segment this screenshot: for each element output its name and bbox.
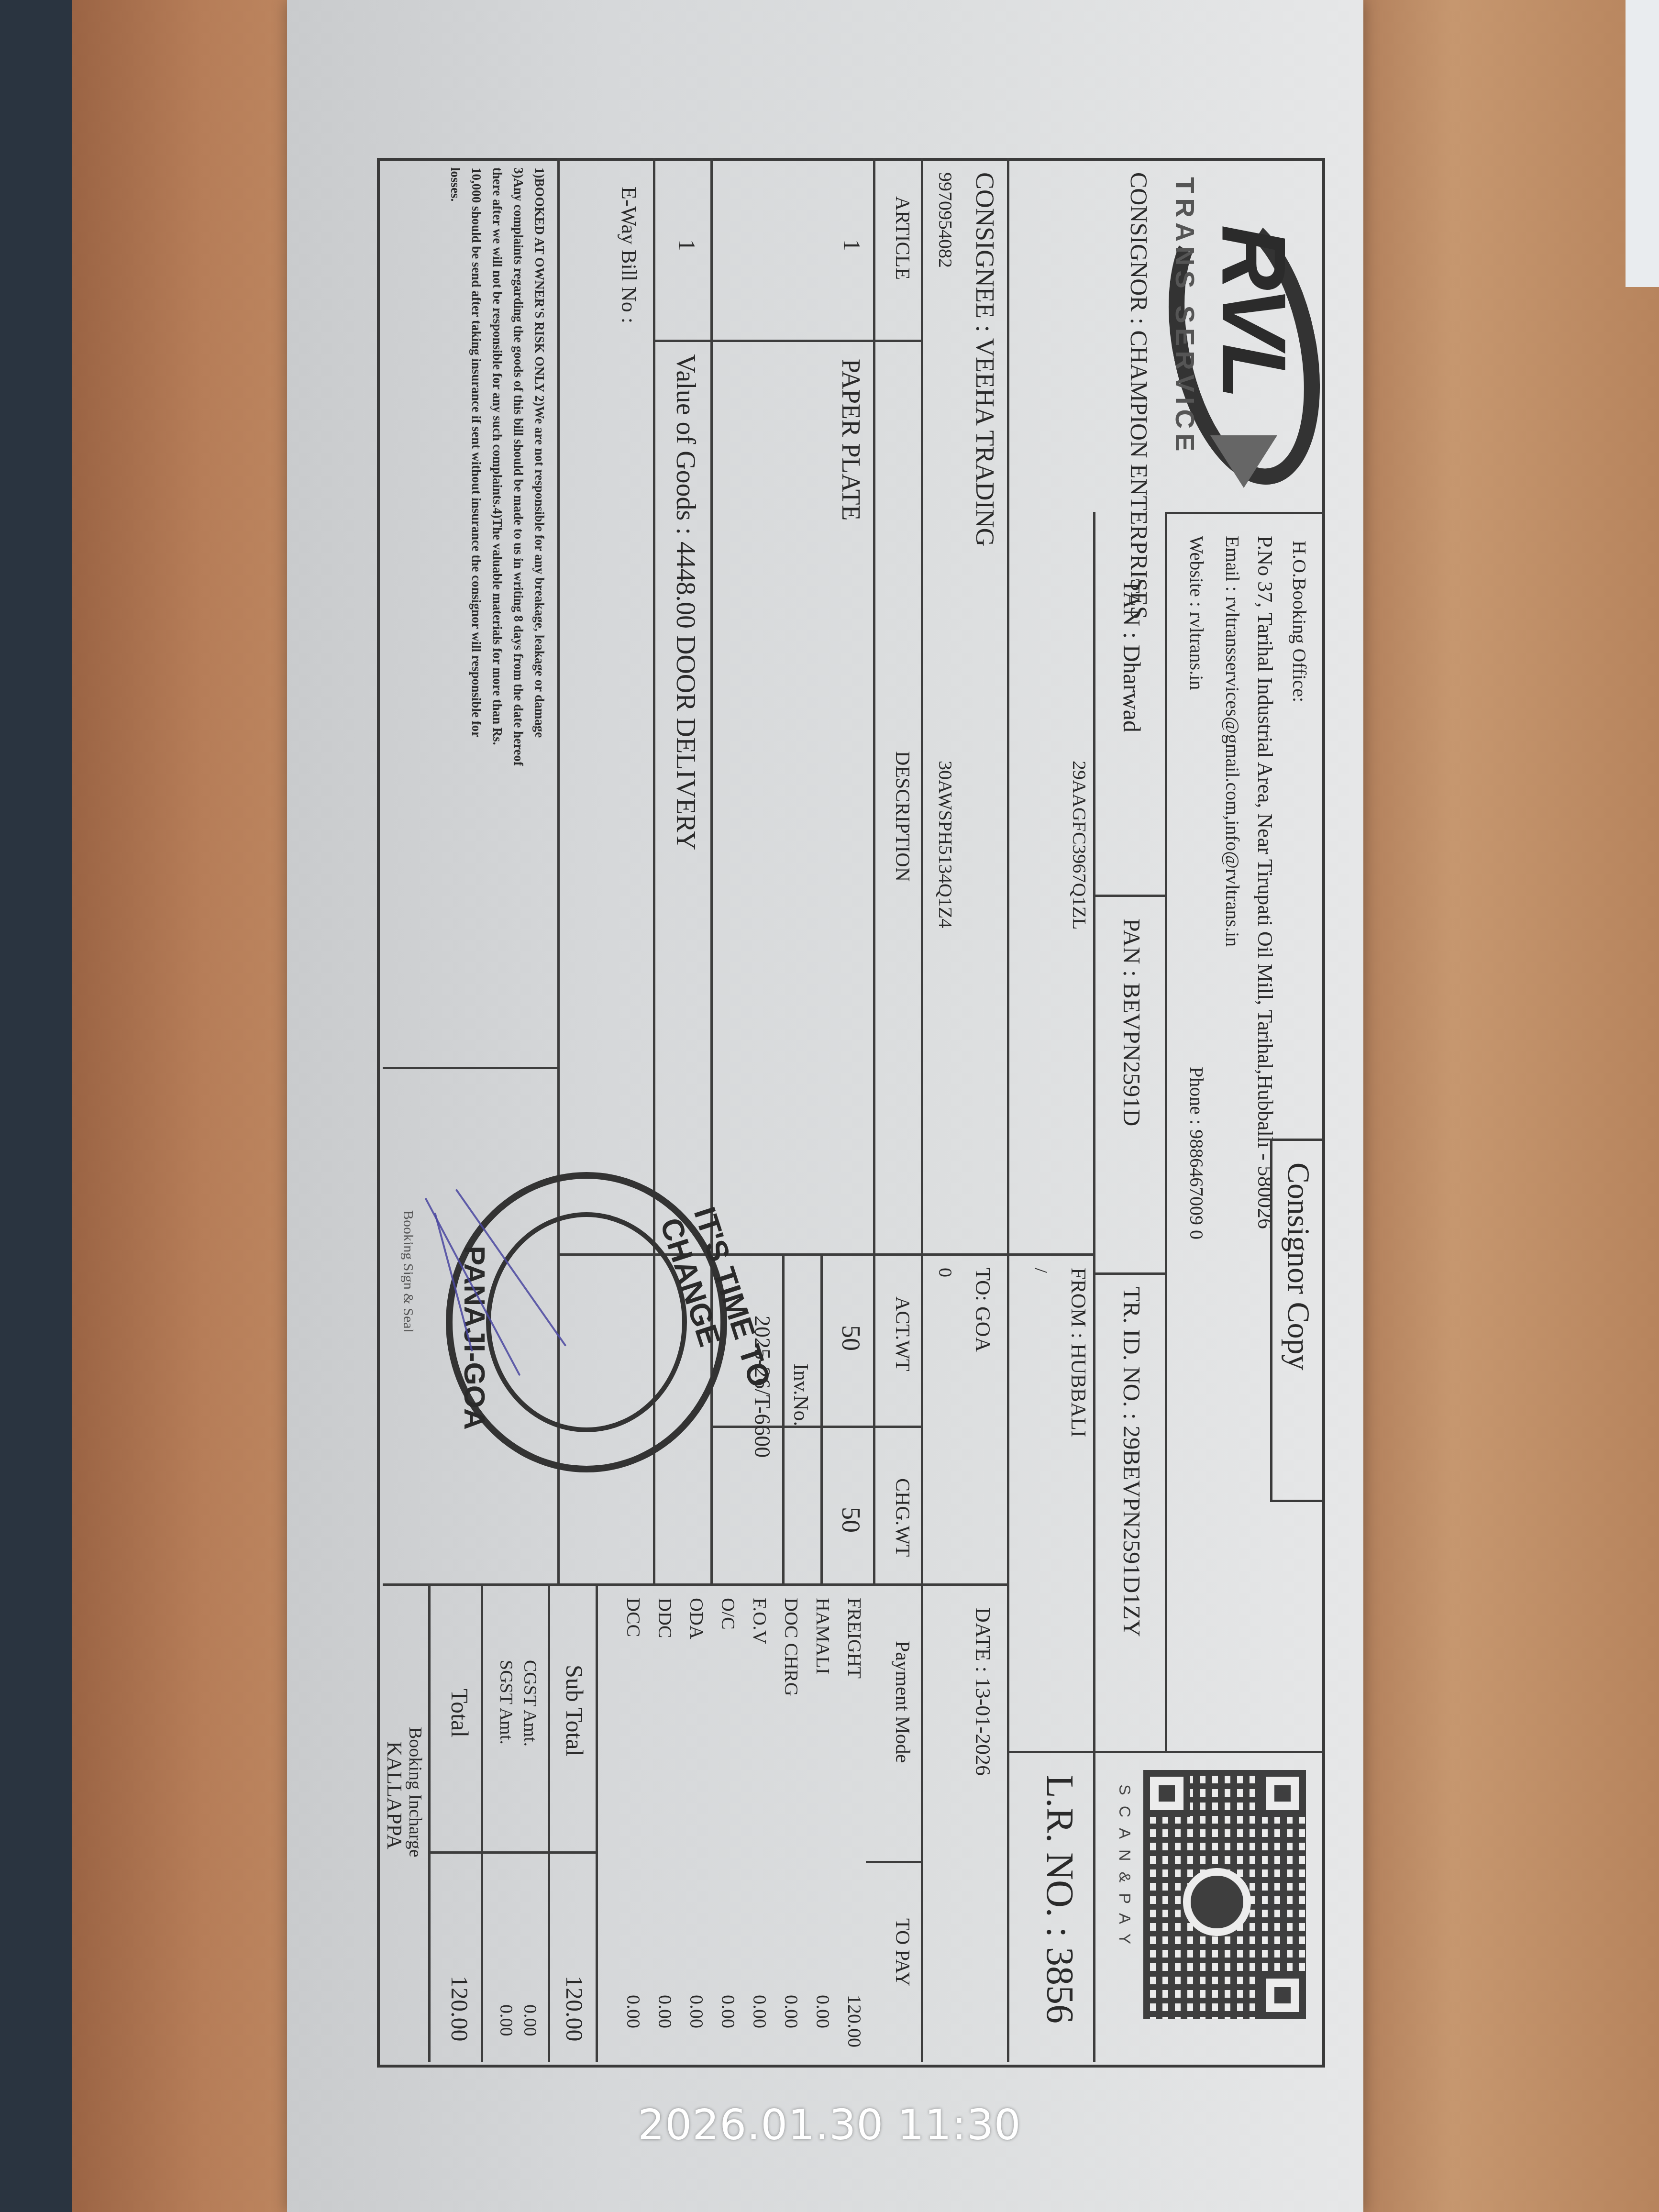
- stamp-bottom-text: PANAJI-GOA: [457, 1246, 491, 1430]
- invoice-label: Inv.No.: [789, 1363, 813, 1427]
- sub-total-value: 120.00: [561, 1976, 588, 2042]
- booking-incharge-label: Booking Incharge: [405, 1727, 426, 1858]
- terms-line: 1)BOOKED AT OWNER'S RISK ONLY 2)We are n…: [529, 167, 550, 1057]
- logo-arrow-icon: [1210, 435, 1277, 488]
- terms-line: 3)Any complaints regarding the goods of …: [508, 167, 529, 1057]
- photo-timestamp: 2026.01.30 11:30: [0, 2100, 1659, 2149]
- header-chg-wt: CHG.WT: [891, 1478, 914, 1557]
- terms-line: there after we will not be responsible f…: [487, 167, 508, 1057]
- charge-value: 0.00: [622, 1995, 645, 2028]
- header-act-wt: ACT.WT: [891, 1296, 914, 1371]
- charge-label: ODA: [686, 1598, 708, 1639]
- lr-date: DATE : 13-01-2026: [971, 1607, 995, 1776]
- value-of-goods: Value of Goods : 4448.00 DOOR DELIVERY: [670, 354, 701, 850]
- company-website: Website : rvltrans.in: [1185, 536, 1208, 690]
- logo-text: RVL: [1202, 225, 1306, 395]
- company-address: P.No 37, Tarihal Industrial Area, Near T…: [1253, 536, 1277, 1229]
- tr-id-number: TR. ID. NO. : 29BEVPN2591D1ZY: [1118, 1287, 1146, 1637]
- charge-label: HAMALI: [812, 1598, 834, 1674]
- header-payment-mode: Payment Mode: [891, 1641, 914, 1763]
- office-label: H.O.Booking Office:: [1288, 541, 1311, 702]
- article-description: PAPER PLATE: [836, 359, 866, 521]
- lorry-receipt: RVL TRANS SERVICE H.O.Booking Office: P.…: [359, 144, 1339, 2081]
- actual-weight: 50: [836, 1325, 866, 1351]
- header-article: ARTICLE: [891, 196, 914, 280]
- charge-value: 120.00: [843, 1995, 866, 2047]
- payment-mode-value: TO PAY: [891, 1918, 914, 1986]
- charge-value: 0.00: [749, 1995, 771, 2028]
- qr-label: SCAN&PAY: [1115, 1784, 1134, 1955]
- charged-weight: 50: [836, 1507, 866, 1533]
- from-sub: /: [1030, 1268, 1052, 1273]
- company-phone: Phone : 9886467009 0: [1185, 1067, 1208, 1239]
- consignor-name: CONSIGNOR : CHAMPION ENTERPRISES: [1125, 172, 1153, 619]
- charge-value: 0.00: [717, 1995, 740, 2028]
- scan-pay-qr-code[interactable]: [1143, 1770, 1306, 2019]
- total-articles: 1: [673, 239, 701, 251]
- charge-value: 0.00: [812, 1995, 834, 2028]
- header-description: DESCRIPTION: [891, 751, 914, 882]
- cgst-value: 0.00: [520, 2004, 541, 2036]
- charge-label: DDC: [654, 1598, 676, 1638]
- eway-bill-label: E-Way Bill No :: [617, 187, 641, 323]
- upi-logo-icon: [1183, 1868, 1251, 1936]
- pan-number: PAN : BEVPN2591D: [1118, 918, 1146, 1126]
- total-value: 120.00: [446, 1976, 474, 2042]
- company-stamp: IT'S TIME TO CHANGE PANAJI-GOA: [446, 1172, 727, 1472]
- terms-and-conditions: 1)BOOKED AT OWNER'S RISK ONLY 2)We are n…: [445, 167, 550, 1057]
- charge-label: DCC: [622, 1598, 645, 1637]
- sgst-value: 0.00: [496, 2004, 517, 2036]
- total-label: Total: [446, 1689, 474, 1737]
- terms-line: 10,000 should be send after taking insur…: [466, 167, 487, 1057]
- signature-label: Booking Sign & Seal: [400, 1210, 416, 1333]
- wood-background-right: [1315, 0, 1659, 2212]
- lr-number: L.R. NO. : 3856: [1038, 1775, 1081, 2024]
- charge-label: F.O.V: [749, 1598, 771, 1644]
- booking-incharge-name: KALLAPPA: [382, 1741, 407, 1849]
- receipt-body: RVL TRANS SERVICE H.O.Booking Office: P.…: [359, 144, 1339, 2081]
- company-email: Email : rvltransservices@gmail.com,info@…: [1221, 536, 1244, 947]
- copy-type: Consignor Copy: [1280, 1162, 1316, 1371]
- company-logo: RVL TRANS SERVICE: [1177, 167, 1320, 502]
- consignee-gstin: 30AWSPH5134Q1Z4: [934, 761, 957, 928]
- terms-line: losses.: [445, 167, 466, 1057]
- cgst-label: CGST Amt.: [520, 1660, 541, 1747]
- article-count: 1: [838, 239, 866, 251]
- to-sub: 0: [934, 1268, 957, 1277]
- charge-label: FREIGHT: [843, 1598, 866, 1679]
- charge-label: O/C: [717, 1598, 740, 1630]
- sgst-label: SGST Amt.: [496, 1660, 517, 1745]
- logo-subtitle: TRANS SERVICE: [1170, 177, 1201, 456]
- to-location: TO: GOA: [971, 1268, 995, 1352]
- consignor-gstin: 29AAGFC3967Q1ZL: [1068, 761, 1091, 929]
- charge-value: 0.00: [780, 1995, 803, 2028]
- consignee-name: CONSIGNEE : VEEHA TRADING: [970, 172, 1000, 547]
- charge-label: DOC CHRG: [780, 1598, 803, 1696]
- sub-total-label: Sub Total: [561, 1665, 588, 1756]
- charge-value: 0.00: [686, 1995, 708, 2028]
- charge-value: 0.00: [654, 1995, 676, 2028]
- consignee-phone: 9970954082: [934, 172, 957, 268]
- from-location: FROM : HUBBALI: [1066, 1268, 1091, 1438]
